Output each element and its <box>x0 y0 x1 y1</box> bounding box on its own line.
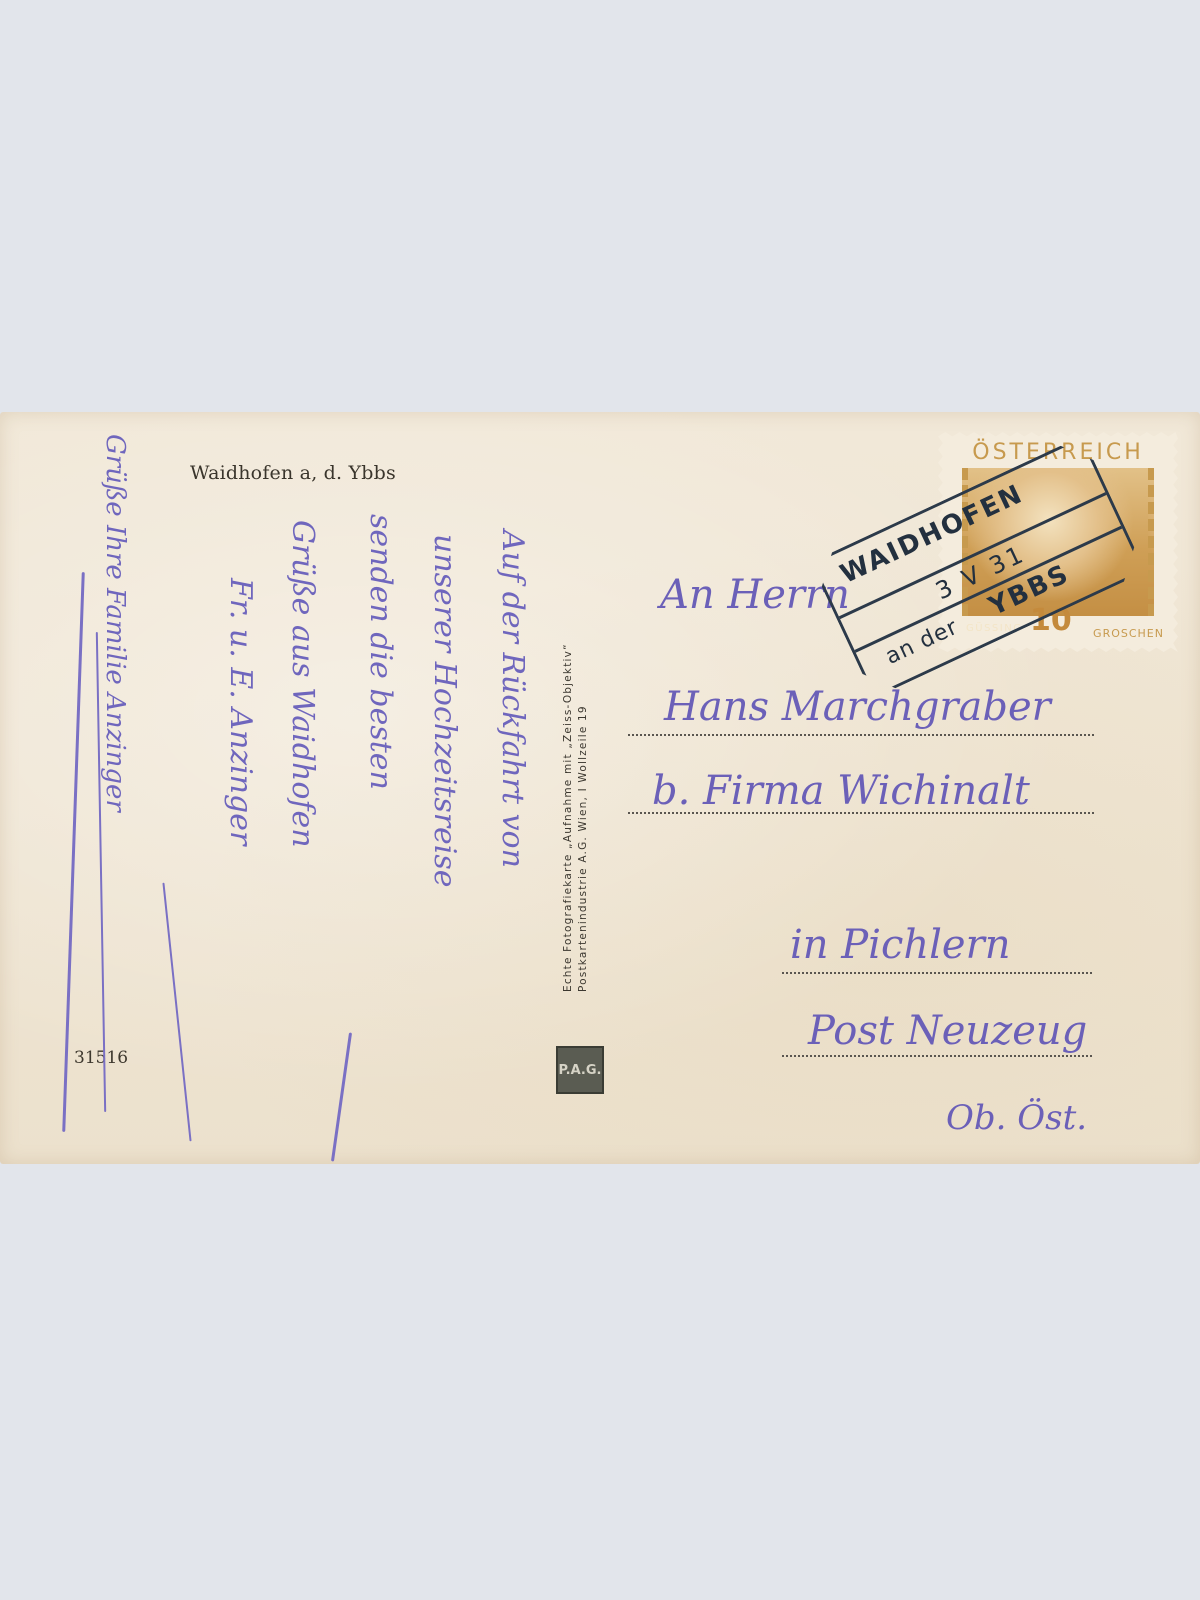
message-line-5: Fr. u. E. Anzinger <box>223 578 258 845</box>
address-rule-4 <box>782 1055 1092 1057</box>
message-line-4: Grüße aus Waidhofen <box>285 520 320 848</box>
postcard-back: Waidhofen a, d. Ybbs 31516 Echte Fotogra… <box>0 412 1200 1164</box>
address-line-5: Post Neuzeug <box>808 1008 1087 1054</box>
publisher-imprint: Echte Fotografiekarte „Aufnahme mit „Zei… <box>562 472 589 992</box>
address-line-6: Ob. Öst. <box>946 1098 1087 1138</box>
address-rule-3 <box>782 972 1092 974</box>
message-line-2: unserer Hochzeitsreise <box>427 534 462 888</box>
publisher-logo-icon: P.A.G. <box>556 1046 604 1094</box>
message-line-3: senden die besten <box>363 514 398 790</box>
address-line-3: b. Firma Wichinalt <box>652 768 1030 814</box>
address-line-2: Hans Marchgraber <box>664 684 1051 730</box>
address-rule-1 <box>628 734 1094 736</box>
serial-number: 31516 <box>74 1048 128 1068</box>
address-rule-2 <box>628 812 1094 814</box>
margin-note: Grüße Ihre Familie Anzinger <box>100 434 130 812</box>
postcard-caption: Waidhofen a, d. Ybbs <box>190 462 396 484</box>
imprint-line-2: Postkartenindustrie A.G. Wien, I Wollzei… <box>577 472 589 992</box>
pen-stroke <box>162 883 191 1142</box>
address-line-1: An Herrn <box>660 572 850 618</box>
address-line-4: in Pichlern <box>790 922 1011 968</box>
pen-stroke <box>331 1032 352 1161</box>
message-line-1: Auf der Rückfahrt von <box>495 530 530 868</box>
stamp-currency: GROSCHEN <box>1093 627 1164 640</box>
imprint-line-1: Echte Fotografiekarte „Aufnahme mit „Zei… <box>562 472 574 992</box>
